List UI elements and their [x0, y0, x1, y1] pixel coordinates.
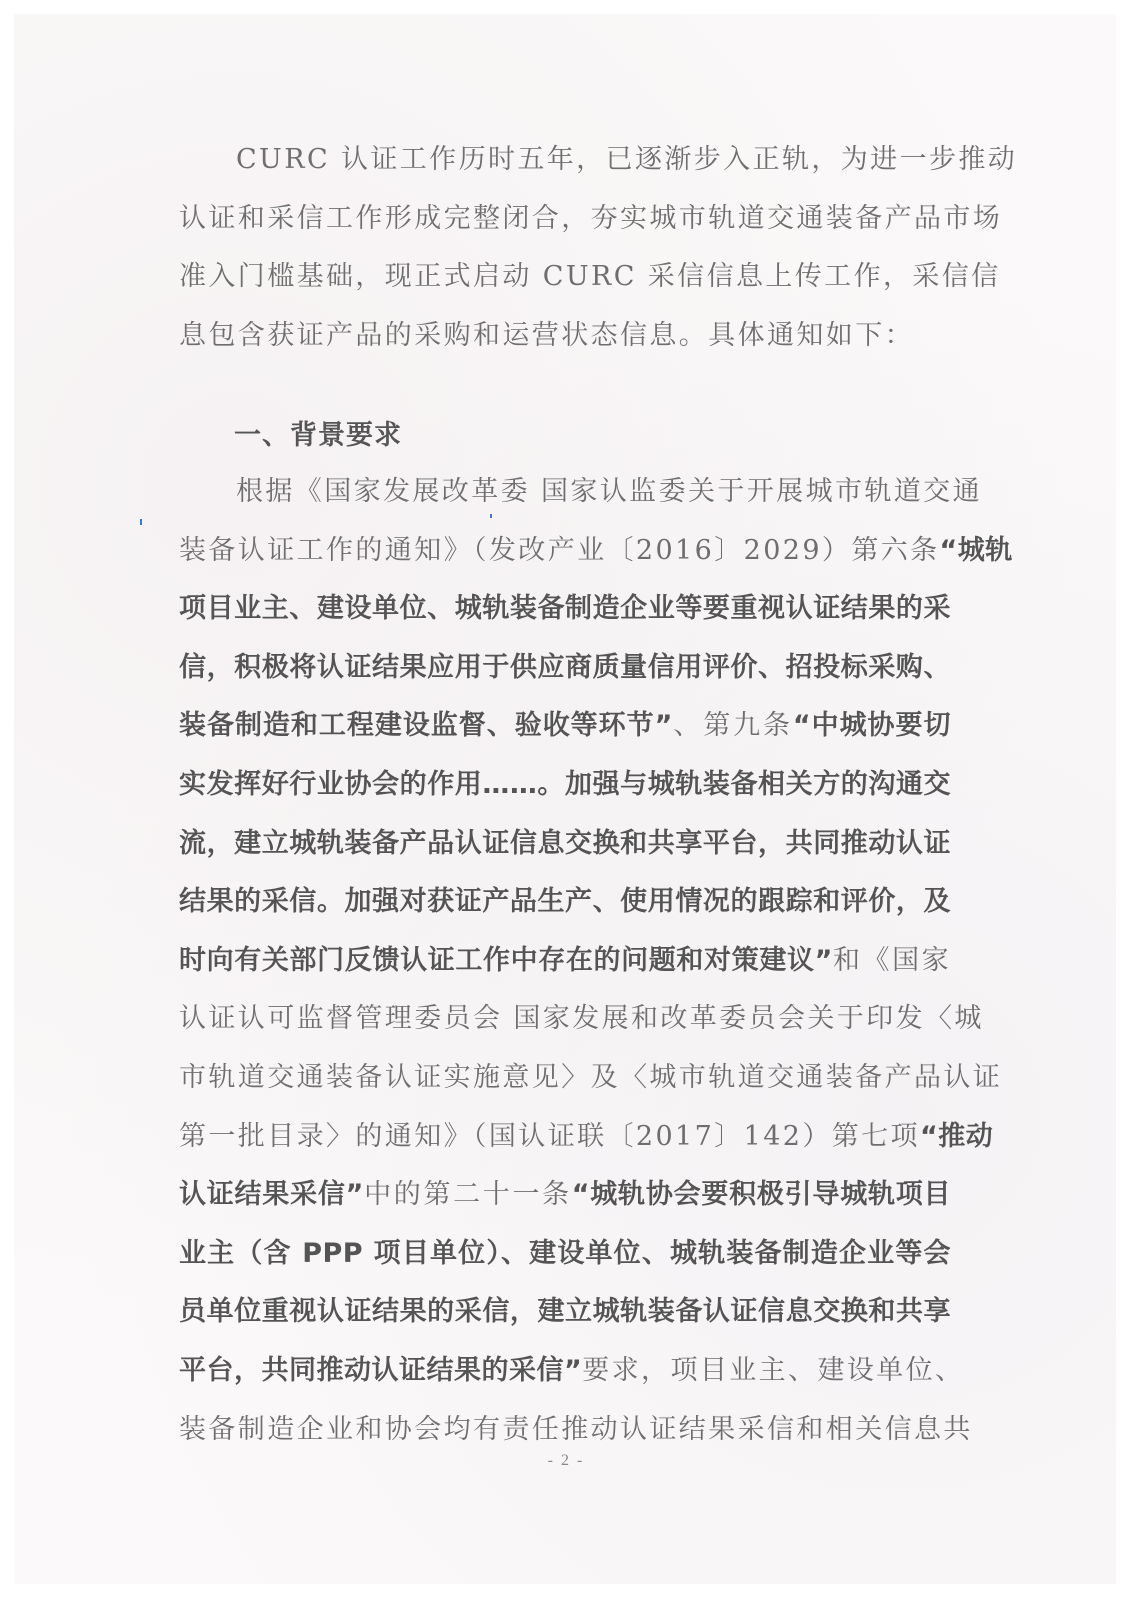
section-heading-background: 一、背景要求 — [234, 416, 402, 456]
text-line: 时向有关部门反馈认证工作中存在的问题和对策建议”和《国家 — [179, 941, 951, 981]
body-text: 装备制造企业和协会均有责任推动认证结果采信和相关信息共 — [179, 1414, 973, 1445]
text-line: 结果的采信。加强对获证产品生产、使用情况的跟踪和评价，及 — [179, 882, 951, 922]
text-line: 装备制造企业和协会均有责任推动认证结果采信和相关信息共 — [179, 1410, 951, 1450]
emphasized-quote-text: “城轨协会要积极引导城轨项目 — [572, 1179, 951, 1210]
emphasized-quote-text: “推动 — [920, 1121, 993, 1152]
text-line: 认证和采信工作形成完整闭合，夯实城市轨道交通装备产品市场 — [179, 199, 951, 239]
text-line: 息包含获证产品的采购和运营状态信息。具体通知如下： — [179, 316, 951, 356]
emphasized-quote-text: 实发挥好行业协会的作用……。加强与城轨装备相关方的沟通交 — [179, 769, 951, 800]
text-line: 业主（含 PPP 项目单位）、建设单位、城轨装备制造企业等会 — [179, 1234, 951, 1274]
text-line: 根据《国家发展改革委 国家认监委关于开展城市轨道交通 — [236, 472, 951, 512]
text-line: 流，建立城轨装备产品认证信息交换和共享平台，共同推动认证 — [179, 824, 951, 864]
body-text: 要求，项目业主、建设单位、 — [582, 1355, 964, 1386]
emphasized-quote-text: 员单位重视认证结果的采信，建立城轨装备认证信息交换和共享 — [179, 1296, 951, 1327]
emphasized-quote-text: 装备制造和工程建设监督、验收等环节” — [179, 710, 673, 741]
text-line: CURC 认证工作历时五年，已逐渐步入正轨，为进一步推动 — [236, 140, 951, 180]
scan-mark — [490, 514, 492, 518]
emphasized-quote-text: 流，建立城轨装备产品认证信息交换和共享平台，共同推动认证 — [179, 828, 951, 859]
emphasized-quote-text: 认证结果采信” — [179, 1179, 364, 1210]
text-line: 认证结果采信”中的第二十一条“城轨协会要积极引导城轨项目 — [179, 1175, 951, 1215]
scan-mark — [140, 519, 142, 525]
emphasized-quote-text: 业主（含 PPP 项目单位）、建设单位、城轨装备制造企业等会 — [179, 1238, 951, 1269]
text-line: 第一批目录〉的通知》（国认证联〔2017〕142）第七项“推动 — [179, 1117, 951, 1157]
emphasized-quote-text: “城轨 — [940, 535, 1013, 566]
emphasized-quote-text: “中城协要切 — [793, 710, 951, 741]
text-line: 项目业主、建设单位、城轨装备制造企业等要重视认证结果的采 — [179, 589, 951, 629]
emphasized-quote-text: 时向有关部门反馈认证工作中存在的问题和对策建议” — [179, 945, 833, 976]
body-text: 装备认证工作的通知》（发改产业〔2016〕2029）第六条 — [179, 535, 940, 566]
scanned-page: CURC 认证工作历时五年，已逐渐步入正轨，为进一步推动认证和采信工作形成完整闭… — [14, 14, 1116, 1584]
body-text: 第一批目录〉的通知》（国认证联〔2017〕142）第七项 — [179, 1121, 920, 1152]
body-text: 、第九条 — [673, 710, 793, 741]
text-line: 装备认证工作的通知》（发改产业〔2016〕2029）第六条“城轨 — [179, 531, 951, 571]
text-line: 实发挥好行业协会的作用……。加强与城轨装备相关方的沟通交 — [179, 765, 951, 805]
text-line: 市轨道交通装备认证实施意见〉及〈城市轨道交通装备产品认证 — [179, 1058, 951, 1098]
body-text: 认证认可监督管理委员会 国家发展和改革委员会关于印发〈城 — [179, 1003, 984, 1034]
body-text: 根据《国家发展改革委 国家认监委关于开展城市轨道交通 — [236, 476, 982, 507]
body-text: 中的第二十一条 — [364, 1179, 572, 1210]
body-text: 和《国家 — [833, 945, 951, 976]
text-line: 员单位重视认证结果的采信，建立城轨装备认证信息交换和共享 — [179, 1292, 951, 1332]
emphasized-quote-text: 平台，共同推动认证结果的采信” — [179, 1355, 582, 1386]
emphasized-quote-text: 项目业主、建设单位、城轨装备制造企业等要重视认证结果的采 — [179, 593, 951, 624]
text-line: 准入门槛基础，现正式启动 CURC 采信信息上传工作，采信信 — [179, 257, 951, 297]
emphasized-quote-text: 结果的采信。加强对获证产品生产、使用情况的跟踪和评价，及 — [179, 886, 951, 917]
text-line: 装备制造和工程建设监督、验收等环节”、第九条“中城协要切 — [179, 706, 951, 746]
emphasized-quote-text: 信，积极将认证结果应用于供应商质量信用评价、招投标采购、 — [179, 652, 951, 683]
page-number: - 2 - — [0, 1452, 1132, 1470]
text-line: 认证认可监督管理委员会 国家发展和改革委员会关于印发〈城 — [179, 999, 951, 1039]
text-line: 平台，共同推动认证结果的采信”要求，项目业主、建设单位、 — [179, 1351, 951, 1391]
body-text: 市轨道交通装备认证实施意见〉及〈城市轨道交通装备产品认证 — [179, 1062, 1002, 1093]
text-line: 信，积极将认证结果应用于供应商质量信用评价、招投标采购、 — [179, 648, 951, 688]
